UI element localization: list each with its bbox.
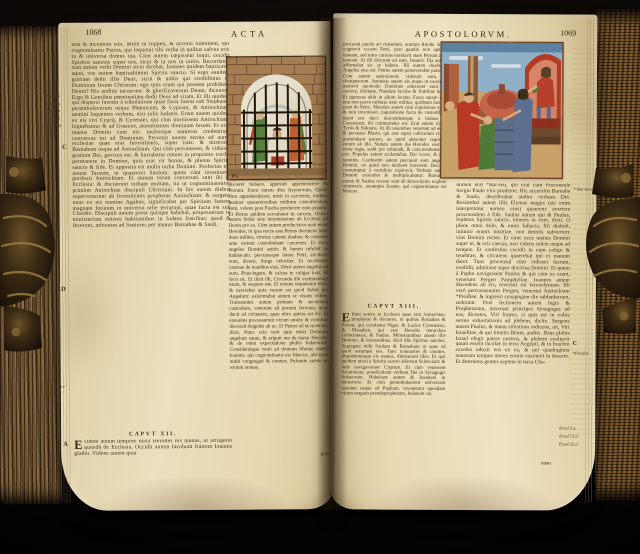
page-number-right: 1069	[560, 29, 576, 38]
woodcut-monogram: PG	[231, 174, 238, 180]
running-title-right: APOSTOLORVM.	[408, 29, 518, 40]
chapter-13-heading: CAPVT XIII.	[342, 303, 446, 310]
section-letter-d: D	[61, 286, 66, 293]
sky-dark-band	[441, 42, 563, 53]
clasp-rivet	[621, 173, 631, 183]
bronze-clasp-right	[582, 164, 640, 336]
margin-ref: Mat.3.a	[46, 99, 60, 106]
margin-ref: Ioan.1.d	[46, 122, 61, 129]
bronze-clasp-left	[0, 156, 58, 354]
chapter-12-dropcap: E	[74, 440, 84, 451]
clasp-bottom-plate	[4, 306, 42, 352]
margin-letter-c: C	[573, 341, 577, 347]
photographed-book-scene: 1068 ACTA Sup.1.a. Mat.3.a Mar.1.b Luc.3…	[0, 0, 640, 554]
paul-before-proconsul-woodcut	[440, 42, 563, 179]
margin-ref: Sup.1.a.	[46, 92, 61, 99]
margin-ref-exodus: Exod.16.d	[559, 441, 578, 448]
clasp-rivet	[12, 328, 21, 337]
catchword-right: naan	[511, 460, 551, 466]
chapter-12-text: Odem autem tempore misit Herodes rex man…	[74, 439, 232, 457]
margin-ref: Infr.19	[46, 129, 58, 136]
chapter-12-heading: CAPVT XII.	[74, 431, 232, 438]
section-letter-a: A	[63, 441, 68, 448]
right-page: APOSTOLORVM. 1069 processit puella ad vi…	[331, 13, 598, 510]
margin-note-pisidiae: *Pisidiæ	[573, 350, 589, 357]
chapter-13-text: Rant autem in Ecclesia quae erat Antioch…	[341, 312, 445, 396]
right-column-1-text: processit puella ad videndum, nomine Rho…	[342, 42, 447, 301]
catchword-left: pro-	[291, 451, 329, 457]
window-sill	[227, 168, 326, 176]
clasp-bottom-plate	[602, 298, 636, 334]
running-title-left: ACTA	[208, 28, 290, 39]
section-letter-c: C	[62, 144, 67, 151]
right-column-2-text: nomen erat *Bar-Ieu, qui erat cum Procon…	[455, 183, 570, 460]
chapter-13-dropcap: E	[342, 312, 352, 323]
margin-ref-exodus: Exod.1.a	[559, 425, 575, 432]
peter-in-prison-woodcut: PG	[227, 56, 327, 180]
margin-ref-exodus: Exod.13.d	[559, 433, 578, 440]
margin-gloss: *Cæsare singuli eorum	[49, 383, 65, 404]
page-stack-lines-left	[60, 27, 71, 503]
margin-ref: Mar.1.b	[46, 107, 60, 114]
chapter-12-opening: EOdem autem tempore misit Herodes rex ma…	[74, 439, 232, 488]
margin-ref: Luc.3.4	[46, 114, 60, 121]
left-column-1-text: tem & dicentem sibi, Mitte in Ioppen, & …	[71, 42, 232, 431]
margin-gloss-line: eorum	[49, 397, 65, 404]
clasp-rivet	[9, 167, 19, 177]
clasp-rivet	[620, 312, 629, 321]
page-number-left: 1068	[85, 28, 101, 37]
left-page: 1068 ACTA Sup.1.a. Mat.3.a Mar.1.b Luc.3…	[58, 21, 333, 511]
margin-gloss-line: *Cæsare	[49, 383, 65, 390]
chapter-13-opening: ERant autem in Ecclesia quae erat Antioc…	[341, 312, 446, 471]
left-column-2-text: placeret Iudaeis, apposuit apprehendere …	[228, 182, 329, 451]
